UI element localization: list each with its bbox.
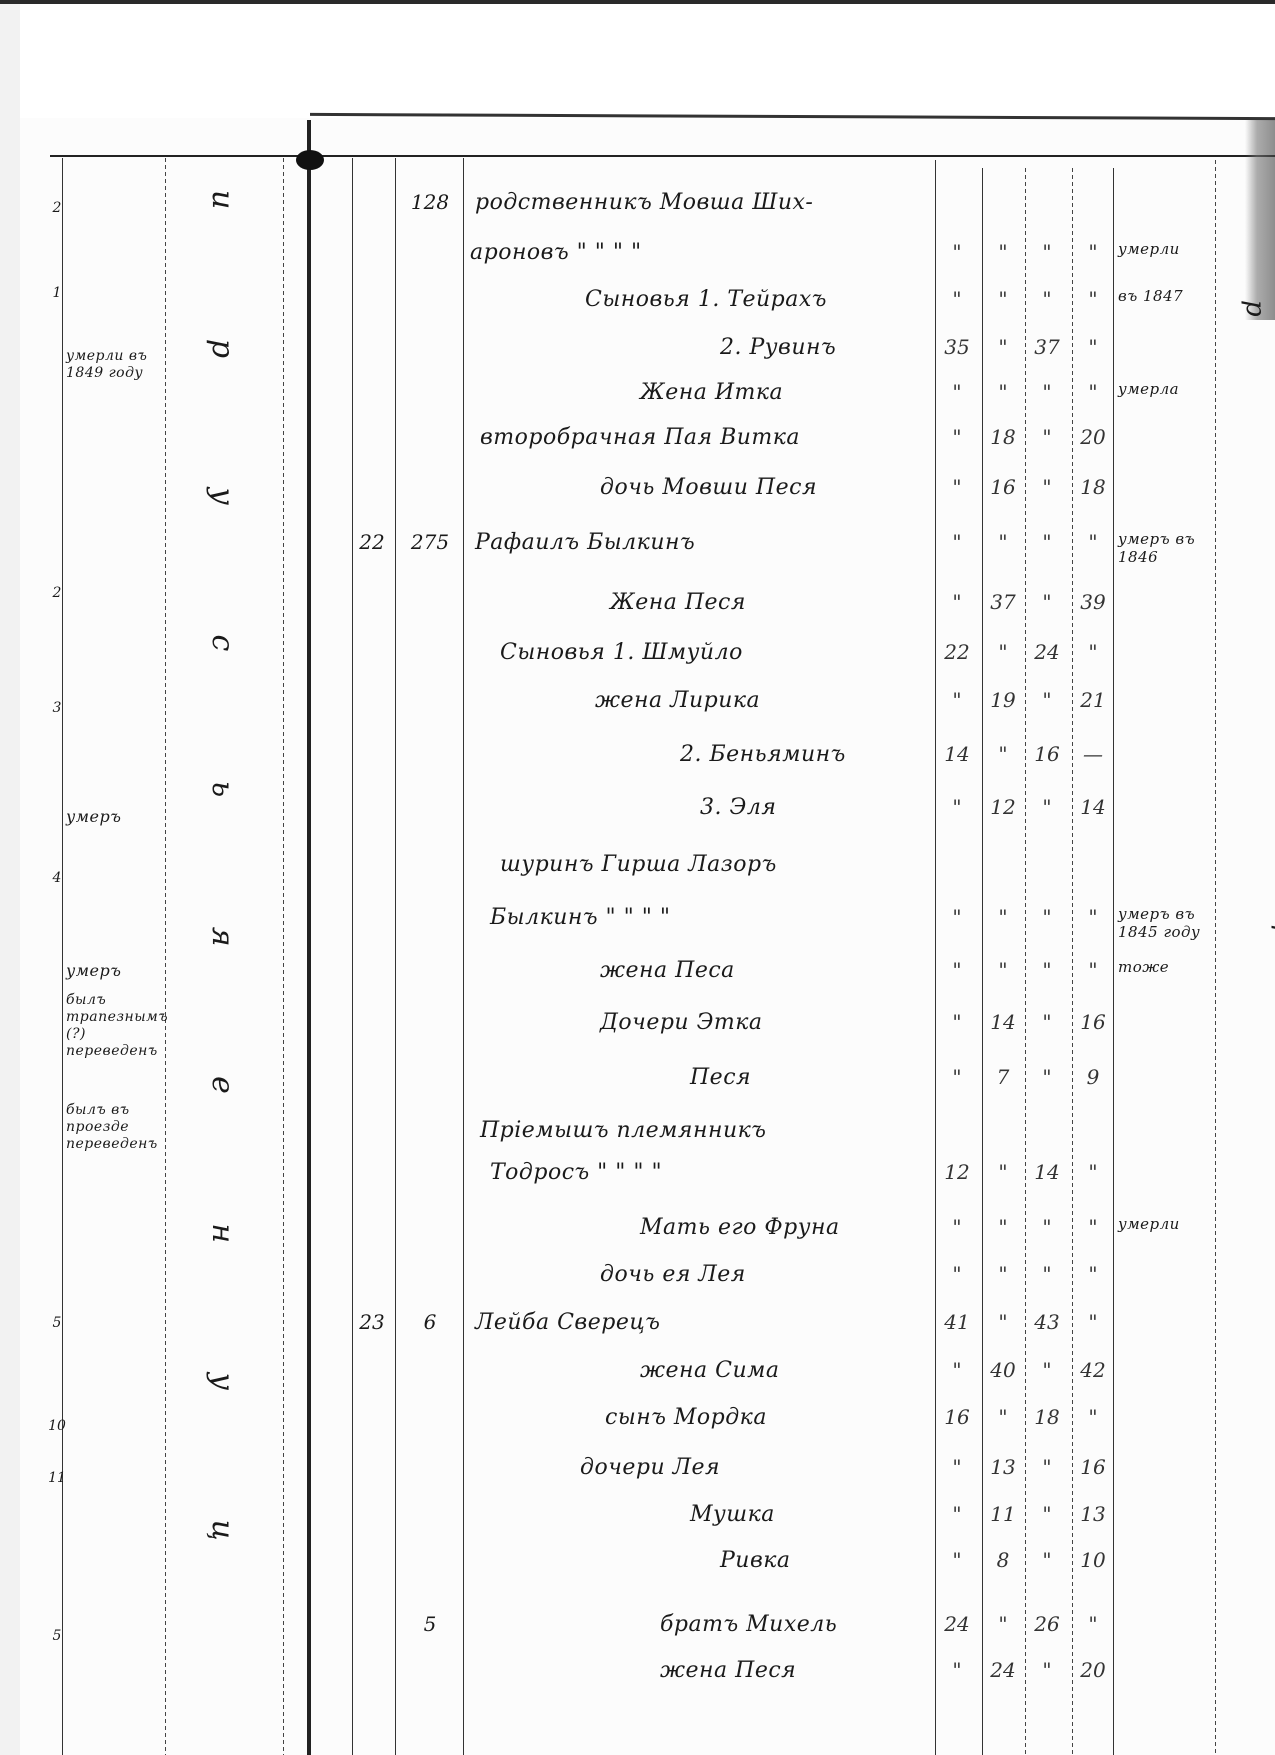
person-name: шуринъ Гирша Лазоръ [500,852,777,877]
column-rule [1025,168,1026,1755]
column-rule [463,158,464,1755]
age-cell: " [1030,1502,1064,1526]
age-cell: 20 [1076,425,1110,449]
age-cell: " [1030,905,1064,929]
age-cell: " [986,335,1020,359]
age-cell: 11 [986,1502,1020,1526]
person-name: Былкинъ " " " " [490,905,671,930]
age-cell: 16 [940,1405,974,1429]
person-name: Мушка [690,1502,775,1527]
person-name: Дочери Этка [600,1010,763,1035]
column-rule [395,158,396,1755]
revision-number: 275 [405,530,455,554]
revision-number: 5 [405,1612,455,1636]
age-cell: " [1076,1160,1110,1184]
age-cell: " [986,1405,1020,1429]
age-cell: 24 [940,1612,974,1636]
margin-note: умеръ [66,808,176,825]
age-cell: " [940,1548,974,1572]
age-cell: " [940,1065,974,1089]
age-cell: " [986,905,1020,929]
age-cell: 13 [1076,1502,1110,1526]
person-name: сынъ Мордка [605,1405,767,1430]
column-rule [283,158,284,1755]
age-cell: " [1076,380,1110,404]
age-cell: 43 [1030,1310,1064,1334]
row-number: 4 [40,870,74,886]
age-cell: " [986,640,1020,664]
header-rule [50,155,1275,157]
age-cell: 39 [1076,590,1110,614]
age-cell: 24 [986,1658,1020,1682]
age-cell: " [1030,475,1064,499]
row-number: 2 [40,200,74,216]
ink-blot [296,150,324,170]
age-cell: " [1030,1455,1064,1479]
age-cell: — [1076,742,1110,766]
person-name: Сыновья 1. Шмуйло [500,640,743,665]
page-spine [307,120,311,1755]
age-cell: " [986,240,1020,264]
age-cell: " [1076,240,1110,264]
age-cell: " [1030,1548,1064,1572]
age-cell: 40 [986,1358,1020,1382]
age-cell: " [1030,1215,1064,1239]
age-cell: " [1076,1405,1110,1429]
column-rule [62,158,63,1755]
age-cell: 16 [1076,1010,1110,1034]
age-cell: " [1030,1010,1064,1034]
age-cell: 18 [986,425,1020,449]
remark-cell: умеръ въ 1845 году [1118,905,1213,941]
row-number: 5 [40,1628,74,1644]
person-name: жена Лирика [595,688,760,713]
age-cell: " [1076,958,1110,982]
age-cell: " [1030,1065,1064,1089]
person-name: жена Сима [640,1358,780,1383]
age-cell: 21 [1076,688,1110,712]
age-cell: " [986,530,1020,554]
person-name: Рафаилъ Былкинъ [475,530,695,555]
age-cell: " [940,1455,974,1479]
age-cell: " [940,688,974,712]
age-cell: 24 [1030,640,1064,664]
age-cell: " [940,530,974,554]
person-name: жена Песя [660,1658,796,1683]
age-cell: " [940,380,974,404]
person-name: Жена Песя [610,590,746,615]
column-rule [1215,160,1216,1755]
person-name: Ривка [720,1548,791,1573]
revision-number: 128 [405,190,455,214]
age-cell: 18 [1076,475,1110,499]
person-name: Лейба Сверецъ [475,1310,660,1335]
age-cell: " [1076,1612,1110,1636]
age-cell: " [940,1502,974,1526]
column-rule [935,160,936,1755]
age-cell: 42 [1076,1358,1110,1382]
age-cell: " [1076,335,1110,359]
age-cell: " [986,380,1020,404]
column-rule [165,158,166,1755]
person-name: Пріемышъ племянникъ [480,1118,766,1143]
remark-cell: умерли [1118,1215,1213,1233]
person-name: второбрачная Пая Витка [480,425,800,450]
age-cell: 35 [940,335,974,359]
age-cell: 10 [1076,1548,1110,1572]
age-cell: 14 [1076,795,1110,819]
age-cell: " [940,905,974,929]
age-cell: 16 [1030,742,1064,766]
row-number: 1 [40,285,74,301]
age-cell: " [1076,287,1110,311]
age-cell: " [940,475,974,499]
age-cell: " [1076,1262,1110,1286]
age-cell: 12 [986,795,1020,819]
remark-cell: тоже [1118,958,1213,976]
person-name: родственникъ Мовша Ших- [475,190,813,215]
person-name: 3. Эля [700,795,776,820]
age-cell: " [1076,1310,1110,1334]
age-cell: " [1076,640,1110,664]
age-cell: 12 [940,1160,974,1184]
age-cell: " [940,958,974,982]
column-rule [982,168,983,1755]
remark-cell: умеръ въ 1846 [1118,530,1213,566]
age-cell: " [940,425,974,449]
binding-shadow [1245,120,1275,320]
remark-cell: умерла [1118,380,1213,398]
age-cell: " [986,742,1020,766]
age-cell: " [1030,1262,1064,1286]
vertical-margin-text: и р у с ь я е н у ц [205,190,240,1601]
age-cell: 18 [1030,1405,1064,1429]
revision-number: 6 [405,1310,455,1334]
person-name: дочери Лея [580,1455,720,1480]
column-rule [352,158,353,1755]
age-cell: " [986,958,1020,982]
margin-note: умеръ [66,962,176,979]
age-cell: 9 [1076,1065,1110,1089]
age-cell: " [1030,530,1064,554]
age-cell: " [1030,688,1064,712]
margin-note: былъ въ проезде переведенъ [66,1102,176,1153]
column-rule [1072,168,1073,1755]
person-name: братъ Михель [660,1612,837,1637]
age-cell: " [1030,240,1064,264]
family-number: 23 [355,1310,389,1334]
age-cell: " [1030,958,1064,982]
age-cell: " [1030,1658,1064,1682]
person-name: жена Песа [600,958,735,983]
scan-border-top [0,0,1275,4]
age-cell: " [986,1160,1020,1184]
age-cell: " [1076,530,1110,554]
person-name: Сыновья 1. Тейрахъ [585,287,827,312]
person-name: дочь ея Лея [600,1262,746,1287]
age-cell: " [940,1010,974,1034]
row-number: 3 [40,700,74,716]
age-cell: " [1030,795,1064,819]
age-cell: 26 [1030,1612,1064,1636]
age-cell: 14 [986,1010,1020,1034]
age-cell: " [940,1358,974,1382]
person-name: Жена Итка [640,380,783,405]
age-cell: 14 [940,742,974,766]
age-cell: 19 [986,688,1020,712]
age-cell: 20 [1076,1658,1110,1682]
person-name: 2. Рувинъ [720,335,836,360]
person-name: Песя [690,1065,751,1090]
age-cell: " [986,287,1020,311]
age-cell: 41 [940,1310,974,1334]
remark-cell: въ 1847 [1118,287,1213,305]
row-number: 5 [40,1315,74,1331]
margin-note: былъ трапезнымъ (?) переведенъ [66,992,176,1060]
age-cell: " [986,1262,1020,1286]
person-name: Тодросъ " " " " [490,1160,662,1185]
age-cell: 7 [986,1065,1020,1089]
age-cell: 8 [986,1548,1020,1572]
row-number: 2 [40,585,74,601]
age-cell: 37 [986,590,1020,614]
age-cell: " [940,240,974,264]
age-cell: " [940,1262,974,1286]
age-cell: " [1030,425,1064,449]
age-cell: " [940,795,974,819]
age-cell: " [940,1215,974,1239]
margin-note: умерли въ 1849 году [66,348,176,382]
age-cell: " [1076,905,1110,929]
age-cell: " [986,1612,1020,1636]
column-rule [1113,168,1114,1755]
age-cell: " [1030,590,1064,614]
age-cell: " [940,1658,974,1682]
age-cell: 37 [1030,335,1064,359]
row-number: 11 [40,1470,74,1486]
age-cell: 16 [1076,1455,1110,1479]
age-cell: 16 [986,475,1020,499]
person-name: Мать его Фруна [640,1215,840,1240]
row-number: 10 [40,1418,74,1434]
age-cell: 22 [940,640,974,664]
person-name: 2. Беньяминъ [680,742,846,767]
age-cell: 14 [1030,1160,1064,1184]
person-name: ароновъ " " " " [470,240,642,265]
age-cell: " [1030,1358,1064,1382]
scan-border-left [0,4,20,1755]
remark-cell: умерли [1118,240,1213,258]
age-cell: " [940,590,974,614]
age-cell: " [986,1215,1020,1239]
age-cell: " [986,1310,1020,1334]
family-number: 22 [355,530,389,554]
age-cell: 13 [986,1455,1020,1479]
age-cell: " [1030,287,1064,311]
age-cell: " [1076,1215,1110,1239]
age-cell: " [1030,380,1064,404]
age-cell: " [940,287,974,311]
person-name: дочь Мовши Песя [600,475,817,500]
vertical-margin-text: Н о м р ы о б р [1240,300,1275,1755]
